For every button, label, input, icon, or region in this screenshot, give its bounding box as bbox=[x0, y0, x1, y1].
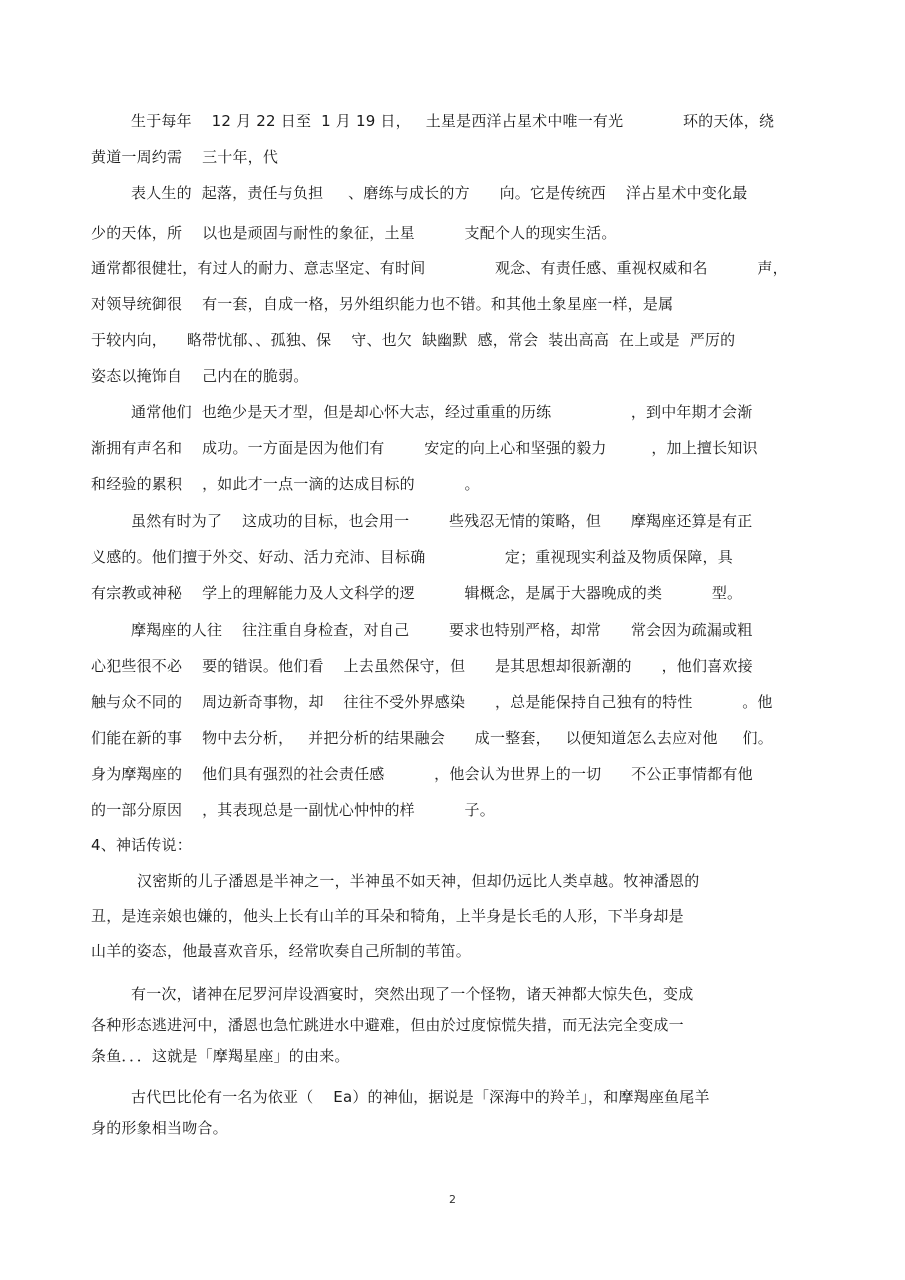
text-line: 对领导统御很 有一套，自成一格，另外组织能力也不错。和其他土象星座一样，是属 bbox=[91, 294, 673, 314]
text-line: 通常他们 也绝少是天才型，但是却心怀大志，经过重重的历练 ，到中年期才会渐 bbox=[131, 402, 752, 422]
text-line: 有宗教或神秘 学上的理解能力及人文科学的逻 辑概念，是属于大器晚成的类 型。 bbox=[91, 583, 742, 603]
text-line: 身的形象相当吻合。 bbox=[91, 1118, 228, 1138]
text-line: 少的天体，所 以也是顽固与耐性的象征，土星 支配个人的现实生活。 bbox=[91, 223, 617, 243]
text-line: 们能在新的事 物中去分析， 并把分析的结果融会 成一整套， 以便知道怎么去应对他… bbox=[91, 728, 773, 748]
text-line: 生于每年 12 月 22 日至 1 月 19 日， 土星是西洋占星术中唯一有光 … bbox=[131, 111, 774, 131]
text-line: 的一部分原因 ，其表现总是一副忧心忡忡的样 子。 bbox=[91, 800, 495, 820]
text-line: 古代巴比伦有一名为依亚（ Ea）的神仙，据说是「深海中的羚羊」，和摩羯座鱼尾羊 bbox=[131, 1087, 710, 1107]
text-line: 义感的。他们擅于外交、好动、活力充沛、目标确 定；重视现实利益及物质保障，具 bbox=[91, 547, 733, 567]
text-line: 条鱼．．．这就是「摩羯星座」的由来。 bbox=[91, 1046, 350, 1066]
text-line: 黄道一周约需 三十年，代 bbox=[91, 147, 278, 167]
text-line: 各种形态逃进河中，潘恩也急忙跳进水中避难，但由於过度惊慌失措，而无法完全变成一 bbox=[91, 1015, 684, 1035]
text-line: 身为摩羯座的 他们具有强烈的社会责任感 ，他会认为世界上的一切 不公正事情都有他 bbox=[91, 764, 753, 784]
text-line: 于较内向， 略带忧郁、、孤独、保 守、也欠 缺幽默 感，常会 装出高高 在上或是… bbox=[91, 330, 735, 350]
text-line: 心犯些很不必 要的错误。他们看 上去虽然保守，但 是其思想却很新潮的 ，他们喜欢… bbox=[91, 656, 753, 676]
text-line: 表人生的 起落，责任与负担 、磨练与成长的方 向。它是传统西 洋占星术中变化最 bbox=[131, 183, 747, 203]
text-line: 通常都很健壮，有过人的耐力、意志坚定、有时间 观念、有责任感、重视权威和名 声， bbox=[91, 258, 788, 278]
text-line: 有一次，诸神在尼罗河岸设酒宴时，突然出现了一个怪物，诸天神都大惊失色，变成 bbox=[131, 984, 693, 1004]
text-line: 姿态以掩饰自 己内在的脆弱。 bbox=[91, 366, 308, 386]
page-number: 2 bbox=[0, 1193, 905, 1206]
text-line: 虽然有时为了 这成功的目标，也会用一 些残忍无情的策略，但 摩羯座还算是有正 bbox=[131, 511, 752, 531]
text-line: 汉密斯的儿子潘恩是半神之一，半神虽不如天神，但却仍远比人类卓越。牧神潘恩的 bbox=[137, 871, 699, 891]
text-line: 4、神话传说： bbox=[91, 835, 192, 855]
text-line: 丑，是连亲娘也嫌的，他头上长有山羊的耳朵和犄角，上半身是长毛的人形，下半身却是 bbox=[91, 906, 684, 926]
text-line: 和经验的累积 ，如此才一点一滴的达成目标的 。 bbox=[91, 474, 480, 494]
text-line: 触与众不同的 周边新奇事物，却 往往不受外界感染 ，总是能保持自己独有的特性 。… bbox=[91, 692, 773, 712]
text-line: 摩羯座的人往 往注重自身检查，对自己 要求也特别严格，却常 常会因为疏漏或粗 bbox=[131, 620, 752, 640]
document-page: 生于每年 12 月 22 日至 1 月 19 日， 土星是西洋占星术中唯一有光 … bbox=[0, 0, 905, 1280]
text-line: 山羊的姿态，他最喜欢音乐，经常吹奏自己所制的苇笛。 bbox=[91, 941, 471, 961]
text-line: 渐拥有声名和 成功。一方面是因为他们有 安定的向上心和坚强的毅力 ，加上擅长知识 bbox=[91, 438, 758, 458]
